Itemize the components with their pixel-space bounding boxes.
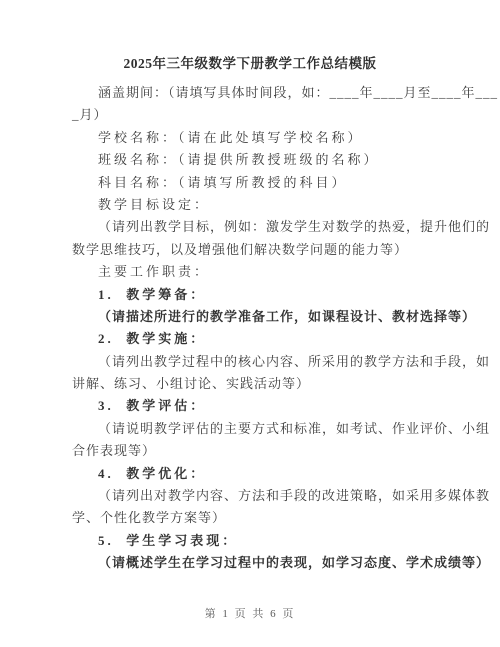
- page-number-text: 第 1 页 共 6 页: [205, 608, 296, 620]
- document-line: 合作表现等）: [72, 440, 490, 462]
- document-line: （请概述学生在学习过程中的表现，如学习态度、学术成绩等）: [72, 552, 490, 574]
- document-line-numbered-heading: 3. 教学评估：: [72, 395, 490, 417]
- document-line-numbered-heading: 5. 学生学习表现：: [72, 530, 490, 552]
- document-line: 主要工作职责：: [72, 261, 490, 283]
- document-title: 2025年三年级数学下册教学工作总结模版: [0, 0, 500, 73]
- document-page: 2025年三年级数学下册教学工作总结模版 涵盖期间：（请填写具体时间段，如：__…: [0, 0, 500, 647]
- document-line-numbered-heading: 1. 教学筹备：: [72, 284, 490, 306]
- document-line: （请列出教学过程中的核心内容、所采用的教学方法和手段，如: [72, 351, 490, 373]
- document-line: 讲解、练习、小组讨论、实践活动等）: [72, 373, 490, 395]
- document-line: _月）: [72, 104, 490, 126]
- document-line: 学、个性化教学方案等）: [72, 507, 490, 529]
- document-line: 科目名称：（请填写所教授的科目）: [72, 172, 490, 194]
- document-line-numbered-heading: 2. 教学实施：: [72, 328, 490, 350]
- document-line: （请描述所进行的教学准备工作，如课程设计、教材选择等）: [72, 306, 490, 328]
- document-line: 教学目标设定：: [72, 194, 490, 216]
- page-number-footer: 第 1 页 共 6 页: [0, 605, 500, 621]
- document-line-numbered-heading: 4. 教学优化：: [72, 463, 490, 485]
- document-line: （请说明教学评估的主要方式和标准，如考试、作业评价、小组: [72, 418, 490, 440]
- document-body: 涵盖期间：（请填写具体时间段，如：____年____月至____年___ _月）…: [0, 82, 500, 575]
- document-line: （请列出教学目标，例如：激发学生对数学的热爱，提升他们的: [72, 216, 490, 238]
- document-line: 数学思维技巧，以及增强他们解决数学问题的能力等）: [72, 239, 490, 261]
- document-line: 涵盖期间：（请填写具体时间段，如：____年____月至____年___: [72, 82, 490, 104]
- document-line: 学校名称：（请在此处填写学校名称）: [72, 127, 490, 149]
- document-line: （请列出对教学内容、方法和手段的改进策略，如采用多媒体教: [72, 485, 490, 507]
- document-line: 班级名称：（请提供所教授班级的名称）: [72, 149, 490, 171]
